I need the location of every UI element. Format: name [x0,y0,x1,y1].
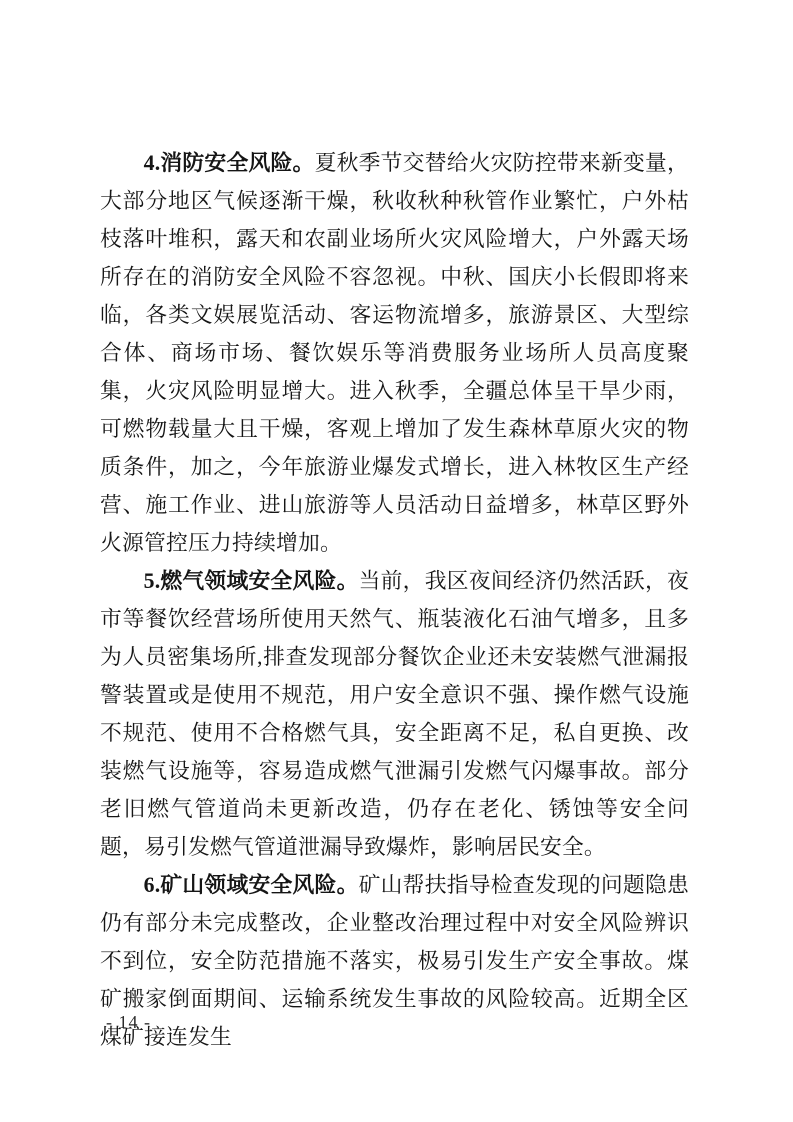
para-body: 夏秋季节交替给火灾防控带来新变量，大部分地区气候逐渐干燥，秋收秋种秋管作业繁忙，… [100,151,689,555]
para-body: 矿山帮扶指导检查发现的问题隐患仍有部分未完成整改，企业整改治理过程中对安全风险辨… [100,873,689,1049]
para-heading: 4.消防安全风险。 [144,151,315,175]
para-heading: 6.矿山领域安全风险。 [144,873,359,897]
paragraph-mine-safety-risk: 6.矿山领域安全风险。矿山帮扶指导检查发现的问题隐患仍有部分未完成整改，企业整改… [100,866,689,1056]
para-heading: 5.燃气领域安全风险。 [144,569,359,593]
paragraph-gas-safety-risk: 5.燃气领域安全风险。当前，我区夜间经济仍然活跃，夜市等餐饮经营场所使用天然气、… [100,562,689,866]
document-page: 4.消防安全风险。夏秋季节交替给火灾防控带来新变量，大部分地区气候逐渐干燥，秋收… [0,0,793,1122]
document-body: 4.消防安全风险。夏秋季节交替给火灾防控带来新变量，大部分地区气候逐渐干燥，秋收… [100,144,689,1056]
paragraph-fire-safety-risk: 4.消防安全风险。夏秋季节交替给火灾防控带来新变量，大部分地区气候逐渐干燥，秋收… [100,144,689,562]
para-body: 当前，我区夜间经济仍然活跃，夜市等餐饮经营场所使用天然气、瓶装液化石油气增多，且… [100,569,689,859]
page-number: - 14 - [106,1012,151,1033]
